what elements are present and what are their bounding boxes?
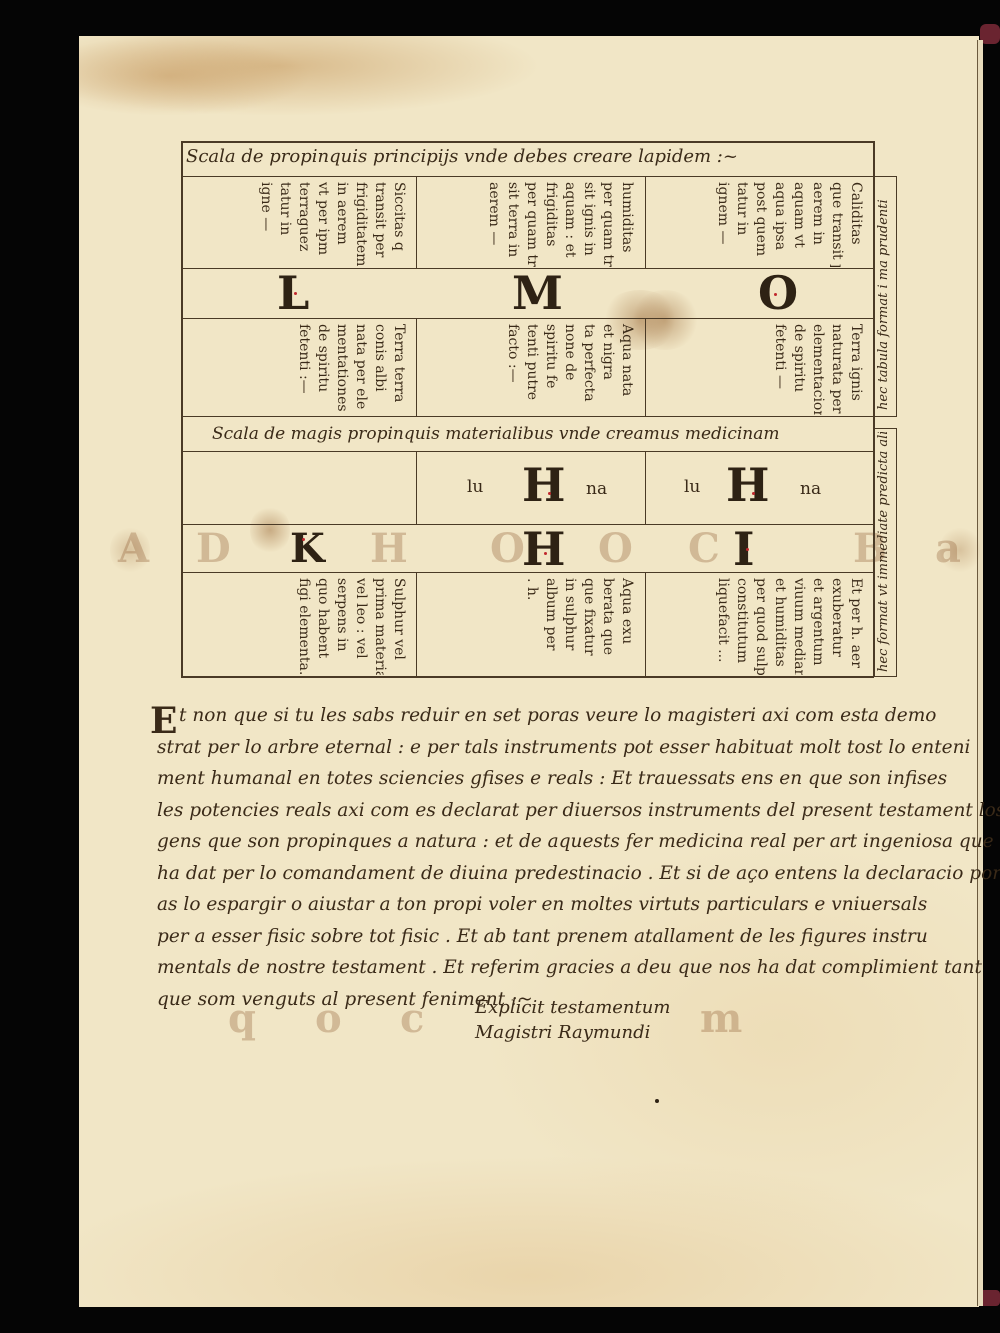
letter-suffix: na xyxy=(586,479,607,499)
col-rule xyxy=(416,451,417,524)
row-rule xyxy=(181,416,874,417)
side-rule xyxy=(874,676,897,677)
bleed-through-letter: D xyxy=(196,525,231,572)
cell-text: Siccitas q transit per frigiditatem in a… xyxy=(256,182,408,266)
letter-glyph: O xyxy=(758,266,798,320)
text-line: as lo espargir o aiustar a ton propi vol… xyxy=(157,889,917,921)
diagram-letter-L: L xyxy=(277,270,309,316)
table-top-rule xyxy=(181,141,874,143)
side-note-top: hec tabula format i ma prudenti xyxy=(876,178,896,410)
rubric-dot xyxy=(294,292,297,295)
table-cell-top-left: Siccitas q transit per frigiditatem in a… xyxy=(183,178,415,267)
stain xyxy=(250,505,290,555)
col-rule xyxy=(645,451,646,524)
row-rule xyxy=(181,451,874,452)
rubric-dot xyxy=(544,552,547,555)
bleed-through-letter: C xyxy=(688,525,720,572)
col-rule xyxy=(416,572,417,676)
table-bottom-rule xyxy=(181,676,874,678)
diagram-letter-K: K xyxy=(290,526,325,572)
bleed-through-letter: A xyxy=(118,525,149,572)
side-note-bottom: hec format vt immediate predicta alia xyxy=(876,432,896,672)
rubric-dot xyxy=(746,548,749,551)
letter-prefix: lu xyxy=(684,477,700,497)
diagram-letter-I: I xyxy=(733,526,755,572)
text-line: ment humanal en totes sciencies gfises e… xyxy=(157,763,917,795)
diagram-letter-M: M xyxy=(512,270,563,316)
side-rule xyxy=(874,428,897,429)
table-cell-top-right: Caliditas que transit per aerem in aquam… xyxy=(647,178,873,267)
text-line: mentals de nostre testament . Et referim… xyxy=(157,952,917,984)
letter-prefix: lu xyxy=(467,477,483,497)
table-cell-mid-right: Terra ignis naturata per elementaciones … xyxy=(647,320,873,415)
bleed-through-letter: H xyxy=(370,525,408,572)
col-rule xyxy=(416,318,417,416)
letter-glyph: H xyxy=(522,522,565,576)
col-rule xyxy=(416,176,417,268)
ink-dot xyxy=(655,1099,659,1103)
diagram-letter-H: H xyxy=(726,462,769,508)
diagram-letter-O: O xyxy=(758,270,798,316)
table-right-rule xyxy=(873,141,875,677)
binding-corner-top xyxy=(980,24,1000,44)
cell-text: humiditas per quam tran sit ignis in aqu… xyxy=(484,182,636,267)
rubric-dot xyxy=(302,538,305,541)
text-line: t non que si tu les sabs reduir en set p… xyxy=(157,700,917,732)
rubric-dot xyxy=(752,492,755,495)
diagram-letter-H: H xyxy=(522,462,565,508)
explicit-line: Explicit testamentum xyxy=(475,995,670,1020)
table-cell-mid-center: Aqua nata et nigra ta perfecta none de s… xyxy=(418,320,644,415)
table-cell-bottom-left: Sulphur vel prima materia vel leo : vel … xyxy=(183,574,415,675)
table-cell-top-center: humiditas per quam tran sit ignis in aqu… xyxy=(418,178,644,267)
bleed-through-letter: O xyxy=(490,525,525,572)
col-rule xyxy=(645,176,646,268)
bleed-through-letter: O xyxy=(598,525,633,572)
letter-glyph: H xyxy=(522,458,565,512)
cell-text: Et per h. aer exuberatur et argentum viu… xyxy=(713,578,865,675)
next-leaf-edge xyxy=(977,40,983,1306)
letter-glyph: I xyxy=(733,522,755,576)
diagram-letter-H: H xyxy=(522,526,565,572)
text-line: ha dat per lo comandament de diuina pred… xyxy=(157,858,917,890)
cell-text: Aqua nata et nigra ta perfecta none de s… xyxy=(503,324,636,402)
letter-glyph: M xyxy=(512,266,563,320)
cell-text: Terra terra conis albi nata per ele ment… xyxy=(294,324,408,412)
col-rule xyxy=(645,572,646,676)
body-paragraph: t non que si tu les sabs reduir en set p… xyxy=(157,700,917,1015)
letter-suffix: na xyxy=(800,479,821,499)
table-heading-top: Scala de propinquis principijs vnde debe… xyxy=(186,146,738,167)
side-rule xyxy=(896,428,897,676)
col-rule xyxy=(645,318,646,416)
text-line: gens que son propinques a natura : et de… xyxy=(157,826,917,858)
letter-glyph: H xyxy=(726,458,769,512)
side-rule xyxy=(874,416,897,417)
text-line: per a esser fisic sobre tot fisic . Et a… xyxy=(157,921,917,953)
rubric-dot xyxy=(774,293,777,296)
cell-text: Sulphur vel prima materia vel leo : vel … xyxy=(294,578,408,675)
cell-text: Aqua exu berata que que fixatur in sulph… xyxy=(522,578,636,656)
table-heading-mid: Scala de magis propinquis materialibus v… xyxy=(212,424,780,444)
text-line: les potencies reals axi com es declarat … xyxy=(157,795,917,827)
letter-glyph: K xyxy=(290,525,325,572)
cell-text: Caliditas que transit per aerem in aquam… xyxy=(713,182,865,267)
cell-text: Terra ignis naturata per elementaciones … xyxy=(770,324,865,415)
side-rule xyxy=(896,176,897,416)
table-cell-mid-left: Terra terra conis albi nata per ele ment… xyxy=(183,320,415,415)
explicit-line: Magistri Raymundi xyxy=(475,1020,670,1045)
text-line: strat per lo arbre eternal : e per tals … xyxy=(157,732,917,764)
table-cell-bottom-center: Aqua exu berata que que fixatur in sulph… xyxy=(418,574,644,675)
rubric-dot xyxy=(548,492,551,495)
bleed-through-letter: a xyxy=(935,525,961,572)
explicit-colophon: Explicit testamentum Magistri Raymundi xyxy=(475,995,670,1045)
row-rule xyxy=(181,176,897,177)
table-cell-bottom-right: Et per h. aer exuberatur et argentum viu… xyxy=(647,574,873,675)
